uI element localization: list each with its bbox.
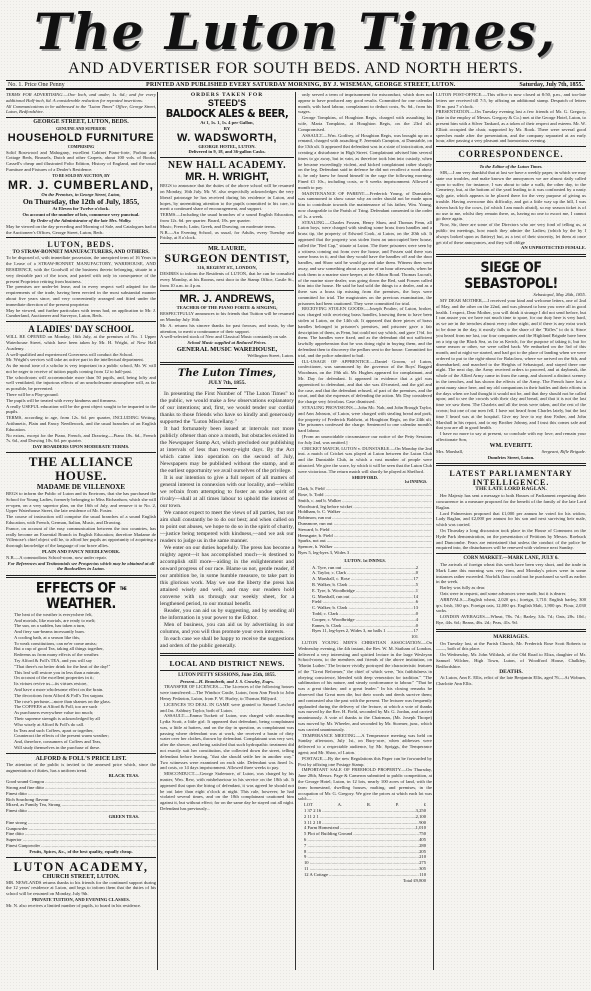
lots-table: 1 37 2 16 3,2502 11 2 1 2,1003 11 2 18 9…: [298, 808, 432, 878]
newspaper-page: The Luton Times, AND ADVERTISER FOR SOUT…: [0, 0, 591, 991]
andrews-warehouse: GENERAL MUSIC WAREHOUSE,: [160, 346, 294, 353]
letter-paragraph: Now, Sir, there are some of the Director…: [436, 222, 586, 245]
price-list-intro: The attention of the public is invited t…: [6, 762, 156, 774]
price-list-footer: Fruits, Spices, &c., of the best quality…: [6, 849, 156, 855]
news-paragraph: On Thursday a long discussion took place…: [436, 528, 586, 551]
news-paragraph: CRICKET MATCH, LUTON v. DUNSTABLE.—On Mo…: [298, 446, 432, 475]
ladies-school-body: A really USEFUL education will be the gr…: [6, 404, 156, 416]
lots-total: Total £9,800: [298, 878, 432, 884]
ladies-school-headline: A LADIES' DAY SCHOOL: [6, 324, 156, 334]
issue-number: No. 1. Price One Penny: [8, 81, 65, 89]
straw-body: May be viewed, and further particulars w…: [6, 308, 156, 320]
news-paragraph: ASSAULT.—Wm. Godfrey, of Houghton Regis,…: [298, 133, 432, 191]
ladies-school-body: WILL BE OPENED on Monday, 16th July, at …: [6, 334, 156, 351]
new-hall-body: TERMS.—Including the usual branches of a…: [160, 212, 294, 224]
news-paragraph: LUTON YOUNG MEN'S CHRISTIAN ASSOCIATION.…: [298, 640, 432, 733]
local-news-headline: LOCAL AND DISTRICT NEWS.: [160, 659, 294, 668]
andrews-body: RESPECTFULLY announces to his friends th…: [160, 311, 294, 323]
news-paragraph: MISCONDUCT.—George Stalemore, of Luton, …: [160, 771, 294, 812]
editorial-paragraph: We enter on our duties hopefully. The pr…: [160, 545, 294, 608]
alliance-refs: For References and Testimonials see Pros…: [6, 561, 156, 573]
post-office-notice: LUTON POST-OFFICE.—This office is now cl…: [436, 92, 586, 109]
news-paragraph: TEMPERANCE MEETING.—A Temperance meeting…: [298, 733, 432, 756]
siege-street: Dumfries Street, Luton.: [436, 455, 586, 461]
news-paragraph: RECEIVING STOLEN GOODS.—Joseph Poulter, …: [298, 306, 432, 358]
presentation-notice: PRESENTATION.—On Tuesday evening last a …: [436, 109, 586, 144]
printer-line: PRINTED AND PUBLISHED EVERY SATURDAY MOR…: [146, 81, 456, 89]
ladies-school-body: As the moral tone of a scholar is very i…: [6, 363, 156, 375]
news-paragraph: ARRIVALS.—English wheat, 2,020 qrs.; for…: [436, 597, 586, 614]
new-hall-master: MR. H. WRIGHT,: [160, 171, 294, 183]
editorial-paragraph: It had fortunately been issued at interv…: [160, 426, 294, 475]
column-rule: [295, 92, 296, 970]
ladies-school-body: TERMS, according to age, from 12s. 6d. p…: [6, 415, 156, 432]
editorial-paragraph: We cannot expect to meet the views of al…: [160, 510, 294, 545]
andrews-headline: MR. J. ANDREWS,: [160, 293, 294, 305]
news-paragraph: Her Majesty has sent a message to both H…: [436, 493, 586, 510]
issue-info-bar: No. 1. Price One Penny PRINTED AND PUBLI…: [6, 80, 585, 90]
correspondence-headline: CORRESPONDENCE.: [436, 149, 586, 159]
ales-agent: W. WADSWORTH,: [160, 132, 294, 144]
ladies-school-boarders: DAY BOARDERS UPON MODERATE TERMS.: [6, 444, 156, 450]
dentist-headline: SURGEON DENTIST,: [160, 252, 294, 265]
cricket-luton-scores: A. Tyre, run out 2A. Taylor, c. Clark 0A…: [298, 565, 432, 635]
straw-body: To be disposed of, with immediate posses…: [6, 255, 156, 284]
letter-paragraph: SIR,—I am very thankful that at last we …: [436, 170, 586, 222]
parliament-body: Her Majesty has sent a message to both H…: [436, 493, 586, 551]
news-paragraph: only served a term of imprisonment for m…: [298, 92, 432, 115]
weather-headline: EFFECTS OF THE WEATHER.: [6, 581, 156, 612]
ales-delivery: Delivered in 9, 18, and 36-gallon Casks.: [160, 149, 294, 155]
news-paragraph: ILL-USAGE OF APPRENTICE.—Daniel Groom, o…: [298, 359, 432, 405]
ladies-school-body: No extras, except for the Piano, French,…: [6, 433, 156, 445]
new-hall-body: Music, French, Latin, Greek, and Drawing…: [160, 224, 294, 230]
letter-paragraph: MY DEAR MOTHER,—I received your kind and…: [436, 298, 586, 431]
editorial-paragraph: In presenting the First Number of "The L…: [160, 391, 294, 426]
news-paragraph: POSTAGE.—By the new Regulations this Pap…: [298, 756, 432, 768]
news-paragraph: George Tompkins, of Houghton Regis, char…: [298, 115, 432, 132]
deaths-body: At Luton, Ann E. Ellis, relict of the la…: [436, 675, 586, 687]
academy-body: Mr. N. also receives a limited number of…: [6, 903, 156, 909]
masthead-title: The Luton Times,: [0, 4, 591, 60]
auction-view: May be viewed on the day preceding and M…: [6, 224, 156, 236]
alliance-body: France, on account of the easy communica…: [6, 526, 156, 549]
ladies-school-body: The schoolroom will accommodate more tha…: [6, 375, 156, 392]
new-hall-body: N.B.—An Evening School, as usual, for Ad…: [160, 230, 294, 242]
poem-line: Will study themselves in the purchase of…: [14, 745, 156, 751]
news-paragraph: TRANSFER OF LICENCES.—The Licences of th…: [160, 684, 294, 701]
academy-headline: LUTON ACADEMY,: [6, 860, 156, 874]
andrews-body: Mr. A. returns his sincere thanks for pa…: [160, 323, 294, 335]
column-4: LUTON POST-OFFICE.—This office is now cl…: [436, 92, 586, 962]
editorial-paragraph: Reader, you can aid us by suggesting, an…: [160, 608, 294, 622]
news-paragraph: ASSAULT.—Emma Tuckett of Luton, was char…: [160, 713, 294, 771]
column-2: ORDERS TAKEN FOR STEED'S BALDOCK ALES & …: [160, 92, 294, 962]
news-paragraph: STEALING.—Charles Fossen, Henry Shaw, an…: [298, 220, 432, 307]
editorial-paragraph: Men of business, you can aid us by adver…: [160, 622, 294, 636]
score-row: Byes 11, leg-byes 2, Wides 3, no balls 1…: [312, 628, 418, 634]
column-rule: [157, 92, 158, 970]
notice-paragraph: On Tuesday last, at the Parish Church, M…: [436, 641, 586, 653]
correspondence-body: SIR,—I am very thankful that at last we …: [436, 170, 586, 245]
editorial-body: In presenting the First Number of "The L…: [160, 391, 294, 650]
editorial-date: JULY 7th, 1855.: [160, 380, 294, 386]
auctioneer-name: MR. J. CUMBERLAND,: [6, 179, 156, 192]
price-list: BLACK TEAS. Good sound Congou 3 0Strong …: [6, 773, 156, 848]
price-row: Finest Gunpowder 6 0: [6, 843, 156, 849]
siege-body: MY DEAR MOTHER,—I received your kind and…: [436, 298, 586, 443]
news-paragraph: STEALING PROVISIONS.—John Mc. Nab, and J…: [298, 405, 432, 434]
masthead-subtitle: AND ADVERTISER FOR SOUTH BEDS. AND NORTH…: [0, 60, 591, 78]
cricket-luton-title: LUTON. 1st INNINGS.: [298, 558, 432, 565]
score-row: Byes 5, leg-byes 3, Wides 3 11: [298, 550, 432, 556]
straw-place: LUTON, BEDS.: [6, 240, 156, 249]
column-1: TERMS FOR ADVERTISING.—One Inch, and und…: [6, 92, 156, 962]
new-hall-body: BEGS to announce that the duties of the …: [160, 183, 294, 212]
issue-date: Saturday, July 7th, 1855.: [519, 81, 583, 89]
corn-market-body: The arrivals of foreign wheat this week …: [436, 562, 586, 626]
alliance-body: The course of instruction will comprise …: [6, 514, 156, 526]
petty-sessions-title: LUTON PETTY SESSIONS, June 25th, 1855.: [160, 673, 294, 679]
straw-body: The premises are under-let lease, and in…: [6, 284, 156, 307]
news-paragraph: Oats were in request, and some advances …: [436, 591, 586, 597]
column-3: only served a term of imprisonment for m…: [298, 92, 432, 962]
ales-headline: BALDOCK ALES & BEER,: [160, 108, 294, 120]
marriages-body: On Tuesday last, at the Parish Church, M…: [436, 641, 586, 670]
news-paragraph: Lord Palmerston proposed that £1,000 per…: [436, 511, 586, 528]
news-paragraph: [From an unavoidable circumstance our no…: [298, 434, 432, 446]
news-paragraph: LICENCES TO DEAL IN GAME were granted to…: [160, 702, 294, 714]
siege-headline: SIEGE OF SEBASTOPOL!: [436, 260, 586, 292]
news-paragraph: LONDON AVERAGES.—Wheat, 78s. 7d.; Barley…: [436, 614, 586, 626]
academy-body: MR. NEWLANDS returns thanks to his frien…: [6, 880, 156, 897]
new-hall-headline: NEW HALL ACADEMY.: [160, 160, 294, 171]
parliament-headline: LATEST PARLIAMENTARY: [436, 469, 586, 478]
alliance-proprietor: MADAME DE VILLENOXE: [6, 483, 156, 491]
notice-paragraph: On Wednesday, Mr. John Wildash, of the O…: [436, 652, 586, 669]
advertising-terms: TERMS FOR ADVERTISING.—One Inch, and und…: [6, 92, 156, 104]
communications-note: All Communications to be addressed to th…: [6, 104, 156, 116]
dentist-body: DESIRES to inform the Residents of LUTON…: [160, 271, 294, 288]
editorial-nameplate: The Luton Times,: [160, 368, 294, 380]
weather-poem: The heat of the weather is everywhere fe…: [6, 612, 156, 751]
notice-paragraph: At Luton, Ann E. Ellis, relict of the la…: [436, 675, 586, 687]
letter-paragraph: I have no more to say at present, so con…: [436, 431, 586, 443]
editorial-paragraph: It is our intention to give a full repor…: [160, 475, 294, 510]
alliance-body: BEGS to inform the Public of Luton and i…: [6, 491, 156, 514]
auction-date: On Thursday, the 12th of July, 1855,: [6, 197, 156, 206]
alliance-headline: THE ALLIANCE HOUSE.: [6, 455, 156, 483]
editorial-paragraph: In each case we shall be happy to receiv…: [160, 636, 294, 650]
news-paragraph: MAINTENANCE OF PARENT.—Frederick Young, …: [298, 191, 432, 220]
correspondence-signature: AN UNPROTECTED FEMALE.: [436, 245, 586, 251]
cricket-shefford-scores: 1st INNINGS.Clark, b. Field 5Rose, b. To…: [298, 480, 432, 555]
news-paragraph: The arrivals of foreign wheat this week …: [436, 562, 586, 585]
andrews-street: Wellington Street, Luton.: [160, 353, 294, 359]
auction-body: Solid Rosewood and Mahogany, excellent C…: [6, 150, 156, 173]
news-paragraph: IMPORTANT SALE OF FREEHOLD PROPERTY.—On …: [298, 767, 432, 802]
local-news-body: TRANSFER OF LICENCES.—The Licences of th…: [160, 684, 294, 812]
column-rule: [433, 92, 434, 970]
auction-headline: HOUSEHOLD FURNITURE: [6, 132, 156, 144]
